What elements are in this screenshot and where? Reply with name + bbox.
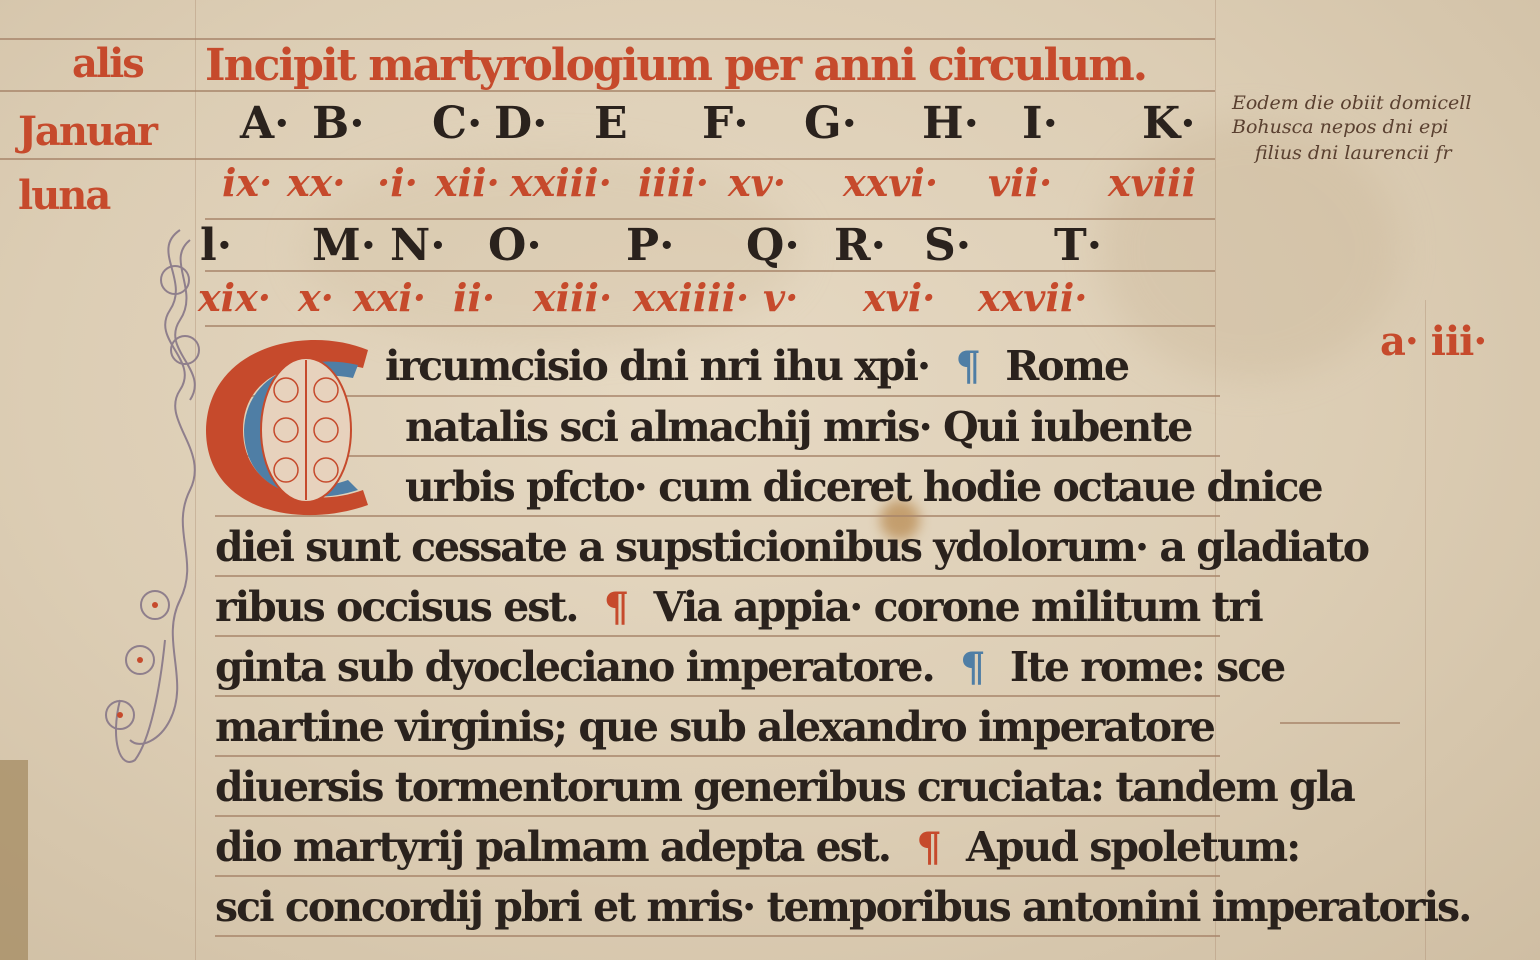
text-segment: Apud spoletum:	[966, 823, 1299, 871]
dominical-letter: O·	[488, 220, 626, 271]
dominical-letter: B·	[312, 98, 432, 149]
lunar-numbers-row-1: ix· xx· ·i· xii· xxiii· iiii· xv· xxvi· …	[222, 160, 1228, 205]
dominical-letter: A·	[240, 98, 312, 149]
dominical-letter: D·	[494, 98, 594, 149]
lunar-number: ii·	[453, 275, 533, 320]
dominical-letter: I·	[1022, 98, 1142, 149]
lunar-number: ·i·	[377, 160, 435, 205]
ruling-line	[215, 815, 1220, 817]
dominical-letters-row-2: l· M· N· O· P· Q· R· S· T·	[200, 220, 1114, 271]
paragraph-mark-icon: ¶	[604, 584, 627, 631]
dominical-letter: E	[594, 98, 702, 149]
ruling-line	[215, 875, 1220, 877]
dominical-letter: K·	[1142, 98, 1202, 149]
text-line-5: ribus occisus est. ¶ Via appia· corone m…	[215, 583, 1262, 631]
dominical-letter: H·	[922, 98, 1022, 149]
marginal-note-line: Eodem die obiit domicell	[1232, 92, 1471, 114]
ruling-line	[215, 695, 1220, 697]
lunar-number: xxiiii·	[633, 275, 763, 320]
paragraph-mark-icon: ¶	[960, 644, 983, 691]
lunar-number: xxvi·	[843, 160, 988, 205]
lunar-number: iiii·	[638, 160, 728, 205]
page-edge	[0, 760, 28, 960]
dominical-letter: C·	[432, 98, 494, 149]
text-line-10: sci concordij pbri et mris· temporibus a…	[215, 883, 1470, 931]
lunar-number: vii·	[988, 160, 1108, 205]
dominical-letter: P·	[626, 220, 746, 271]
marginal-note-line: filius dni laurencii fr	[1255, 142, 1452, 164]
ruling-line	[215, 755, 1220, 757]
text-line-3: urbis pfcto· cum diceret hodie octaue dn…	[405, 463, 1322, 511]
lunar-number: xii·	[435, 160, 510, 205]
lunar-number: x·	[298, 275, 353, 320]
lunar-number: xxvii·	[978, 275, 1088, 320]
marginal-note-line: Bohusca nepos dni epi	[1232, 116, 1449, 138]
ruling-line	[215, 635, 1220, 637]
illuminated-initial-c	[198, 330, 388, 525]
text-segment: Rome	[1005, 342, 1128, 390]
dominical-letter: N·	[390, 220, 488, 271]
lunar-number: xviii	[1108, 160, 1228, 205]
right-margin-lunar-number: a· iii·	[1380, 318, 1486, 365]
lunar-number: xvi·	[863, 275, 978, 320]
text-line-2: natalis sci almachij mris· Qui iubente	[405, 403, 1191, 451]
rubric-heading: Incipit martyrologium per anni circulum.	[205, 40, 1146, 91]
margin-label-januar: Januar	[18, 108, 156, 155]
margin-label-alis: alis	[72, 40, 143, 87]
margin-ruling	[1425, 300, 1426, 960]
lunar-number: xx·	[287, 160, 377, 205]
text-line-8: diuersis tormentorum generibus cruciata:…	[215, 763, 1354, 811]
ruling-line	[1280, 722, 1400, 724]
margin-label-luna: luna	[18, 172, 109, 219]
lunar-number: v·	[763, 275, 863, 320]
paragraph-mark-icon: ¶	[955, 343, 978, 390]
lunar-number: xxi·	[353, 275, 453, 320]
dominical-letter: F·	[702, 98, 804, 149]
dominical-letter: S·	[924, 220, 1054, 271]
text-line-7: martine virginis; que sub alexandro impe…	[215, 703, 1214, 751]
lunar-numbers-row-2: xix· x· xxi· ii· xiii· xxiiii· v· xvi· x…	[198, 275, 1088, 320]
ruling-line	[215, 935, 1220, 937]
text-line-4: diei sunt cessate a supsticionibus ydolo…	[215, 523, 1368, 571]
text-line-1: ircumcisio dni nri ihu xpi· ¶ Rome	[385, 342, 1128, 390]
lunar-number: ix·	[222, 160, 287, 205]
dominical-letter: T·	[1054, 220, 1114, 271]
text-segment: ircumcisio dni nri ihu xpi·	[385, 342, 929, 390]
text-line-6: ginta sub dyocleciano imperatore. ¶ Ite …	[215, 643, 1284, 691]
text-segment: ribus occisus est.	[215, 583, 578, 631]
text-segment: Via appia· corone militum tri	[654, 583, 1262, 631]
lunar-number: xxiii·	[510, 160, 638, 205]
text-segment: dio martyrij palmam adepta est.	[215, 823, 890, 871]
ruling-line	[205, 325, 1215, 327]
text-segment: ginta sub dyocleciano imperatore.	[215, 643, 934, 691]
text-segment: Ite rome: sce	[1010, 643, 1284, 691]
text-line-9: dio martyrij palmam adepta est. ¶ Apud s…	[215, 823, 1299, 871]
dominical-letter: G·	[804, 98, 922, 149]
dominical-letter: Q·	[746, 220, 834, 271]
lunar-number: xv·	[728, 160, 843, 205]
dominical-letters-row-1: A· B· C· D· E F· G· H· I· K·	[240, 98, 1202, 149]
dominical-letter: M·	[312, 220, 390, 271]
dominical-letter: R·	[834, 220, 924, 271]
paragraph-mark-icon: ¶	[916, 824, 939, 871]
ruling-line	[215, 575, 1220, 577]
lunar-number: xiii·	[533, 275, 633, 320]
